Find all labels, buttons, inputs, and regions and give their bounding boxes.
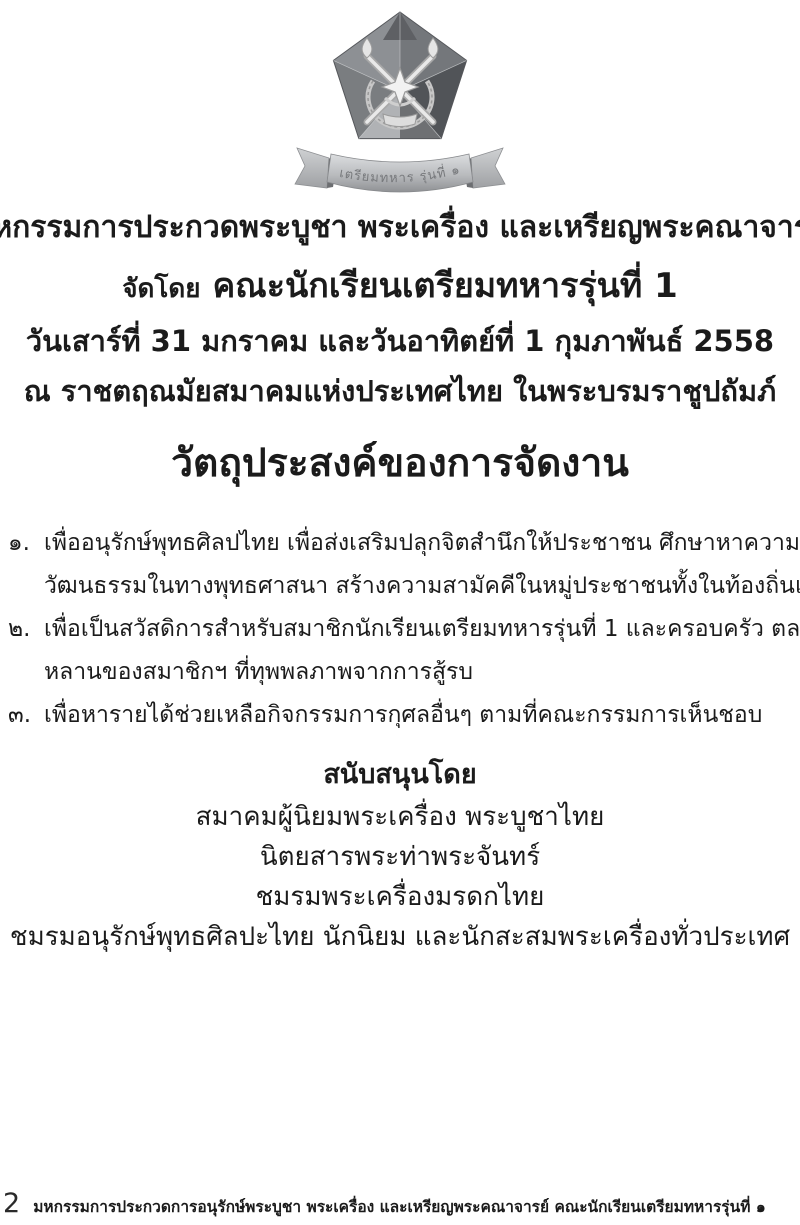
event-date: วันเสาร์ที่ 31 มกราคม และวันอาทิตย์ที่ 1… [26,318,774,364]
sponsor-name: ชมรมพระเครื่องมรดกไทย [256,877,545,917]
organizer-name: คณะนักเรียนเตรียมทหารรุ่นที่ 1 [212,258,677,312]
list-item-line: เพื่อเป็นสวัสดิการสำหรับสมาชิกนักเรียนเต… [44,608,800,651]
objectives-heading: วัตถุประสงค์ของการจัดงาน [171,432,629,494]
list-item: ๑. เพื่ออนุรักษ์พุทธศิลปไทย เพื่อส่งเสริ… [8,522,800,608]
school-emblem-logo: เตรียมทหาร รุ่นที่ ๑ [285,6,515,202]
list-item-number: ๒. [8,608,44,651]
event-date-row: วันเสาร์ที่ 31 มกราคม และวันอาทิตย์ที่ 1… [0,318,800,364]
list-item-line: วัฒนธรรมในทางพุทธศาสนา สร้างความสามัคคีใ… [44,565,800,608]
document-page: เตรียมทหาร รุ่นที่ ๑ มหกรรมการประกวดพระบ… [0,0,800,1225]
sponsor-row: นิตยสารพระท่าพระจันทร์ [0,837,800,877]
list-item-text: เพื่อหารายได้ช่วยเหลือกิจกรรมการกุศลอื่น… [44,694,800,737]
list-item: ๒. เพื่อเป็นสวัสดิการสำหรับสมาชิกนักเรีย… [8,608,800,694]
list-item-line: เพื่อหารายได้ช่วยเหลือกิจกรรมการกุศลอื่น… [44,694,800,737]
sponsor-name: ชมรมอนุรักษ์พุทธศิลปะไทย นักนิยม และนักส… [10,917,790,957]
ribbon-scroll: เตรียมทหาร รุ่นที่ ๑ [295,148,505,192]
emblem-icon: เตรียมทหาร รุ่นที่ ๑ [285,6,515,198]
support-heading: สนับสนุนโดย [323,752,476,795]
event-title-row: มหกรรมการประกวดพระบูชา พระเครื่อง และเหร… [0,204,800,251]
footer-running-title: มหกรรมการประกวดการอนุรักษ์พระบูชา พระเคร… [33,1194,765,1219]
event-venue-row: ณ ราชตฤณมัยสมาคมแห่งประเทศไทย ในพระบรมรา… [0,368,800,414]
sponsor-row: สมาคมผู้นิยมพระเครื่อง พระบูชาไทย [0,797,800,837]
event-venue: ณ ราชตฤณมัยสมาคมแห่งประเทศไทย ในพระบรมรา… [24,368,776,414]
list-item-number: ๑. [8,522,44,565]
organizer-prefix: จัดโดย [122,268,200,309]
event-title: มหกรรมการประกวดพระบูชา พระเครื่อง และเหร… [0,204,800,251]
list-item-line: เพื่ออนุรักษ์พุทธศิลปไทย เพื่อส่งเสริมปล… [44,522,800,565]
list-item-text: เพื่อเป็นสวัสดิการสำหรับสมาชิกนักเรียนเต… [44,608,800,694]
sponsor-row: ชมรมพระเครื่องมรดกไทย [0,877,800,917]
support-heading-row: สนับสนุนโดย [0,752,800,795]
page-number: 2 [3,1188,20,1219]
list-item: ๓. เพื่อหารายได้ช่วยเหลือกิจกรรมการกุศลอ… [8,694,800,737]
list-item-text: เพื่ออนุรักษ์พุทธศิลปไทย เพื่อส่งเสริมปล… [44,522,800,608]
sponsor-row: ชมรมอนุรักษ์พุทธศิลปะไทย นักนิยม และนักส… [0,917,800,957]
sponsor-name: สมาคมผู้นิยมพระเครื่อง พระบูชาไทย [196,797,605,837]
objectives-list: ๑. เพื่ออนุรักษ์พุทธศิลปไทย เพื่อส่งเสริ… [8,522,800,737]
sponsor-name: นิตยสารพระท่าพระจันทร์ [260,837,540,877]
objectives-heading-row: วัตถุประสงค์ของการจัดงาน [0,432,800,494]
list-item-number: ๓. [8,694,44,737]
page-footer: 2 มหกรรมการประกวดการอนุรักษ์พระบูชา พระเ… [3,1188,797,1219]
list-item-line: หลานของสมาชิกฯ ที่ทุพพลภาพจากการสู้รบ [44,651,800,694]
organizer-row: จัดโดย คณะนักเรียนเตรียมทหารรุ่นที่ 1 [0,258,800,312]
